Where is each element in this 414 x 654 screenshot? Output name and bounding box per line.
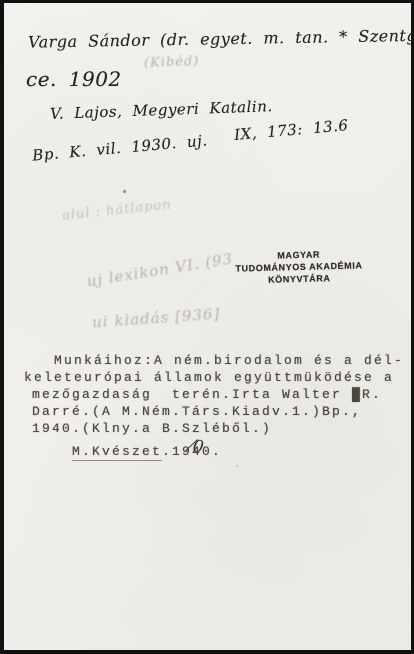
scanned-catalog-card: Varga Sándor (dr. egyet. m. tan. * Szent… bbox=[0, 0, 414, 654]
pencil-lexicon-note: uj lexikon VI. (93 bbox=[86, 250, 235, 291]
typed-line-3: mezőgazdaság terén.Irta Walter █R. bbox=[32, 387, 382, 402]
handwritten-names-line: V. Lajos, Megyeri Katalin. bbox=[50, 97, 273, 123]
pencil-place-note: (Kibéd) bbox=[144, 54, 200, 71]
library-stamp: MAGYAR TUDOMÁNYOS AKADÉMIA KÖNYVTÁRA bbox=[235, 247, 364, 286]
typed-line-5: 1940.(Klny.a B.Szléből.) bbox=[32, 421, 272, 436]
typed-line-1: Munkáihoz:A ném.birodalom és a dél- bbox=[54, 353, 404, 368]
handwritten-author-line: Varga Sándor (dr. egyet. m. tan. * Szent… bbox=[28, 25, 414, 51]
typed-line-4: Darré.(A M.Ném.Társ.Kiadv.1.)Bp., bbox=[32, 404, 362, 419]
pencil-faint-note: alul : hátlapon bbox=[62, 197, 173, 223]
handwritten-reference-numbers: IX, 173: 13.6 bbox=[233, 116, 349, 144]
ink-speck bbox=[236, 465, 238, 467]
handwritten-author-line2: ce. 1902 bbox=[26, 67, 122, 91]
typed-line-2: keleteurópai államok együttmüködése a bbox=[24, 370, 394, 385]
typed-footer-underlined: M.Kvészet bbox=[72, 444, 162, 461]
handwritten-reference-line: Bp. K. vil. 1930. uj. bbox=[32, 131, 209, 164]
ink-speck bbox=[123, 190, 126, 193]
handwritten-year-correction: ⁄0 bbox=[189, 436, 205, 458]
pencil-edition-note: ui kiadás [936] bbox=[92, 305, 221, 332]
